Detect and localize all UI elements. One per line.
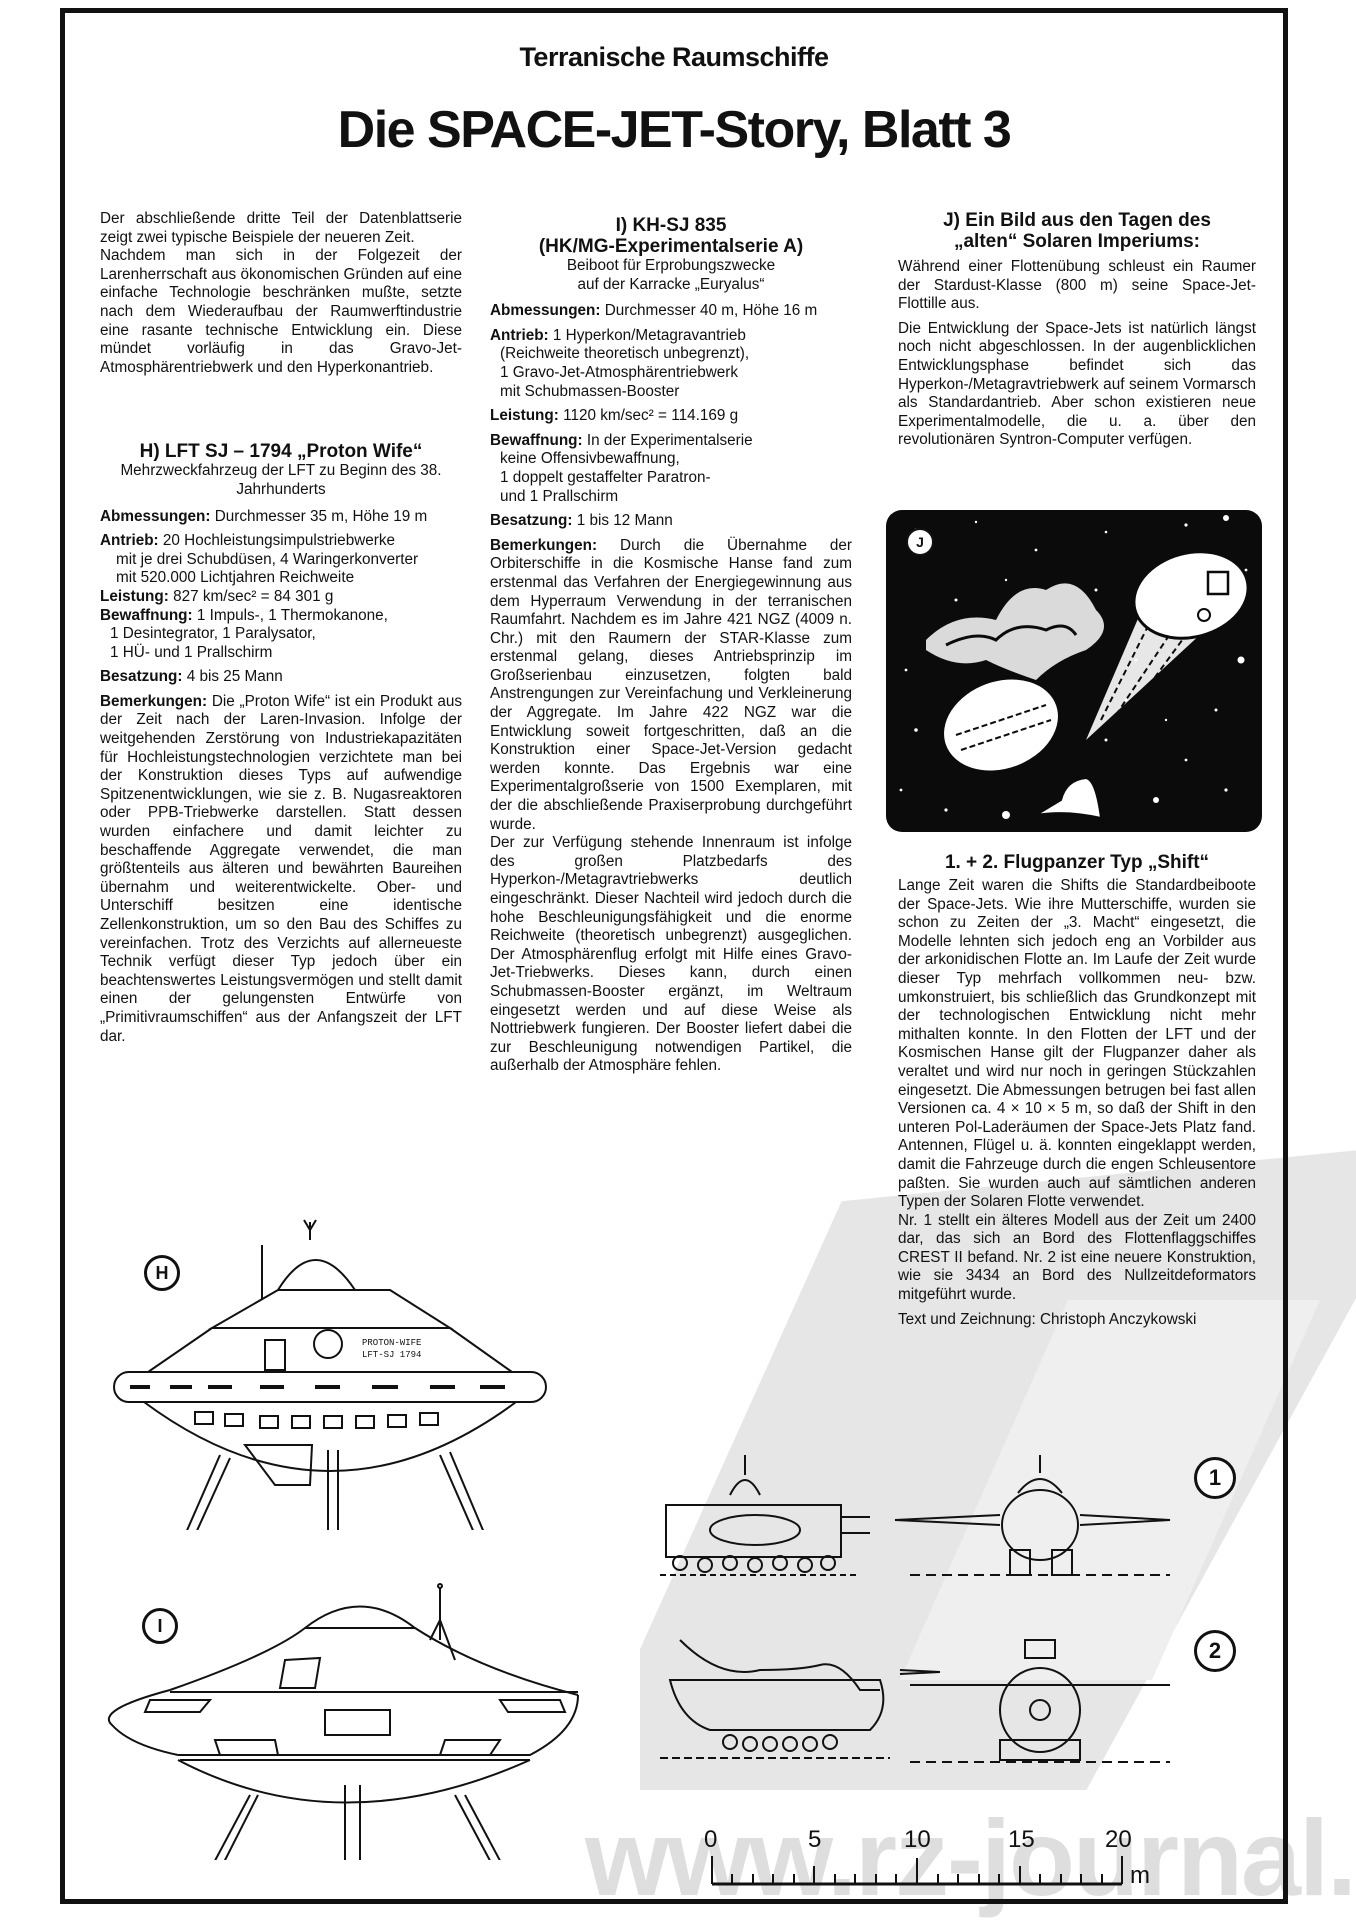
scale-tick-5: 5 (808, 1826, 821, 1854)
svg-text:LFT-SJ 1794: LFT-SJ 1794 (362, 1350, 421, 1360)
illustration-i-kh-sj-835: I (100, 1560, 580, 1860)
spec-i-dimensions: Abmessungen: Durchmesser 40 m, Höhe 16 m (490, 302, 852, 321)
space-scene-graphic (886, 510, 1262, 832)
illustration-j-space-scene: J (886, 510, 1262, 832)
page-title: Die SPACE-JET-Story, Blatt 3 (60, 100, 1288, 160)
spec-h-performance: Leistung: 827 km/sec² = 84 301 g (100, 588, 462, 607)
section-j-heading-2: „alten“ Solaren Imperiums: (898, 231, 1256, 252)
illustration-h-badge: H (144, 1255, 180, 1291)
column-middle: I) KH-SJ 835 (HK/MG-Experimentalserie A)… (490, 215, 852, 1082)
shift-2-drawing (660, 1630, 1220, 1770)
illustration-shift-1: 1 (660, 1445, 1220, 1580)
spec-h-drive: Antrieb: 20 Hochleistungsimpulstriebwerk… (100, 532, 462, 588)
illustration-h-proton-wife: PROTON-WIFE LFT-SJ 1794 H (100, 1200, 560, 1530)
spec-i-performance: Leistung: 1120 km/sec² = 114.169 g (490, 407, 852, 426)
spec-i-drive: Antrieb: 1 Hyperkon/Metagravantrieb (Rei… (490, 327, 852, 401)
shift-1-drawing (660, 1445, 1220, 1580)
scale-tick-10: 10 (904, 1826, 931, 1854)
section-j-paragraph-1: Während einer Flottenübung schleust ein … (898, 258, 1256, 314)
section-shift-paragraph-1: Lange Zeit waren die Shifts die Standard… (898, 877, 1256, 1212)
illustration-i-badge: I (142, 1608, 178, 1644)
intro-paragraph-1: Der abschließende dritte Teil der Datenb… (100, 210, 462, 247)
section-i-remarks-2: Der zur Verfügung stehende Innenraum ist… (490, 834, 852, 1076)
scale-ruler (710, 1854, 1130, 1894)
column-left: Der abschließende dritte Teil der Datenb… (100, 210, 462, 1052)
section-i-remarks: Bemerkungen: Durch die Übernahme der Orb… (490, 537, 852, 835)
spec-h-dimensions: Abmessungen: Durchmesser 35 m, Höhe 19 m (100, 508, 462, 527)
svg-text:PROTON-WIFE: PROTON-WIFE (362, 1338, 421, 1348)
spec-h-armament: Bewaffnung: 1 Impuls-, 1 Thermokanone, 1… (100, 607, 462, 663)
section-j-heading-1: J) Ein Bild aus den Tagen des (898, 210, 1256, 231)
section-i-subtitle-2: auf der Karracke „Euryalus“ (490, 276, 852, 295)
illustration-shift-1-badge: 1 (1194, 1457, 1236, 1499)
spec-h-crew: Besatzung: 4 bis 25 Mann (100, 668, 462, 687)
page-kicker: Terranische Raumschiffe (60, 42, 1288, 73)
illustration-shift-2-badge: 2 (1194, 1630, 1236, 1672)
section-i-subtitle-1: Beiboot für Erprobungszwecke (490, 257, 852, 276)
scale-tick-20: 20 (1105, 1826, 1132, 1854)
spec-i-crew: Besatzung: 1 bis 12 Mann (490, 512, 852, 531)
section-shift-heading: 1. + 2. Flugpanzer Typ „Shift“ (898, 852, 1256, 873)
section-h-heading: H) LFT SJ – 1794 „Proton Wife“ (100, 441, 462, 462)
section-shift-paragraph-2: Nr. 1 stellt ein älteres Modell aus der … (898, 1212, 1256, 1305)
scale-tick-0: 0 (704, 1826, 717, 1854)
section-h-subtitle: Mehrzweckfahrzeug der LFT zu Beginn des … (100, 462, 462, 499)
proton-wife-drawing: PROTON-WIFE LFT-SJ 1794 (100, 1200, 560, 1530)
scale-unit: m (1130, 1862, 1150, 1890)
scale-tick-15: 15 (1008, 1826, 1035, 1854)
spec-i-armament: Bewaffnung: In der Experimentalserie kei… (490, 432, 852, 506)
column-right: J) Ein Bild aus den Tagen des „alten“ So… (898, 210, 1256, 456)
illustration-j-badge: J (906, 528, 934, 556)
illustration-shift-2: 2 (660, 1630, 1220, 1770)
column-right-shift: 1. + 2. Flugpanzer Typ „Shift“ Lange Zei… (898, 852, 1256, 1335)
credit-line: Text und Zeichnung: Christoph Anczykowsk… (898, 1311, 1256, 1330)
intro-paragraph-2: Nachdem man sich in der Folgezeit der La… (100, 247, 462, 377)
section-h-remarks: Bemerkungen: Die „Proton Wife“ ist ein P… (100, 693, 462, 1046)
section-i-heading-2: (HK/MG-Experimentalserie A) (490, 236, 852, 257)
section-j-paragraph-2: Die Entwicklung der Space-Jets ist natür… (898, 320, 1256, 450)
kh-sj-835-drawing (100, 1560, 580, 1860)
scale-bar: 0 5 10 15 20 m (710, 1840, 1150, 1920)
section-i-heading-1: I) KH-SJ 835 (490, 215, 852, 236)
